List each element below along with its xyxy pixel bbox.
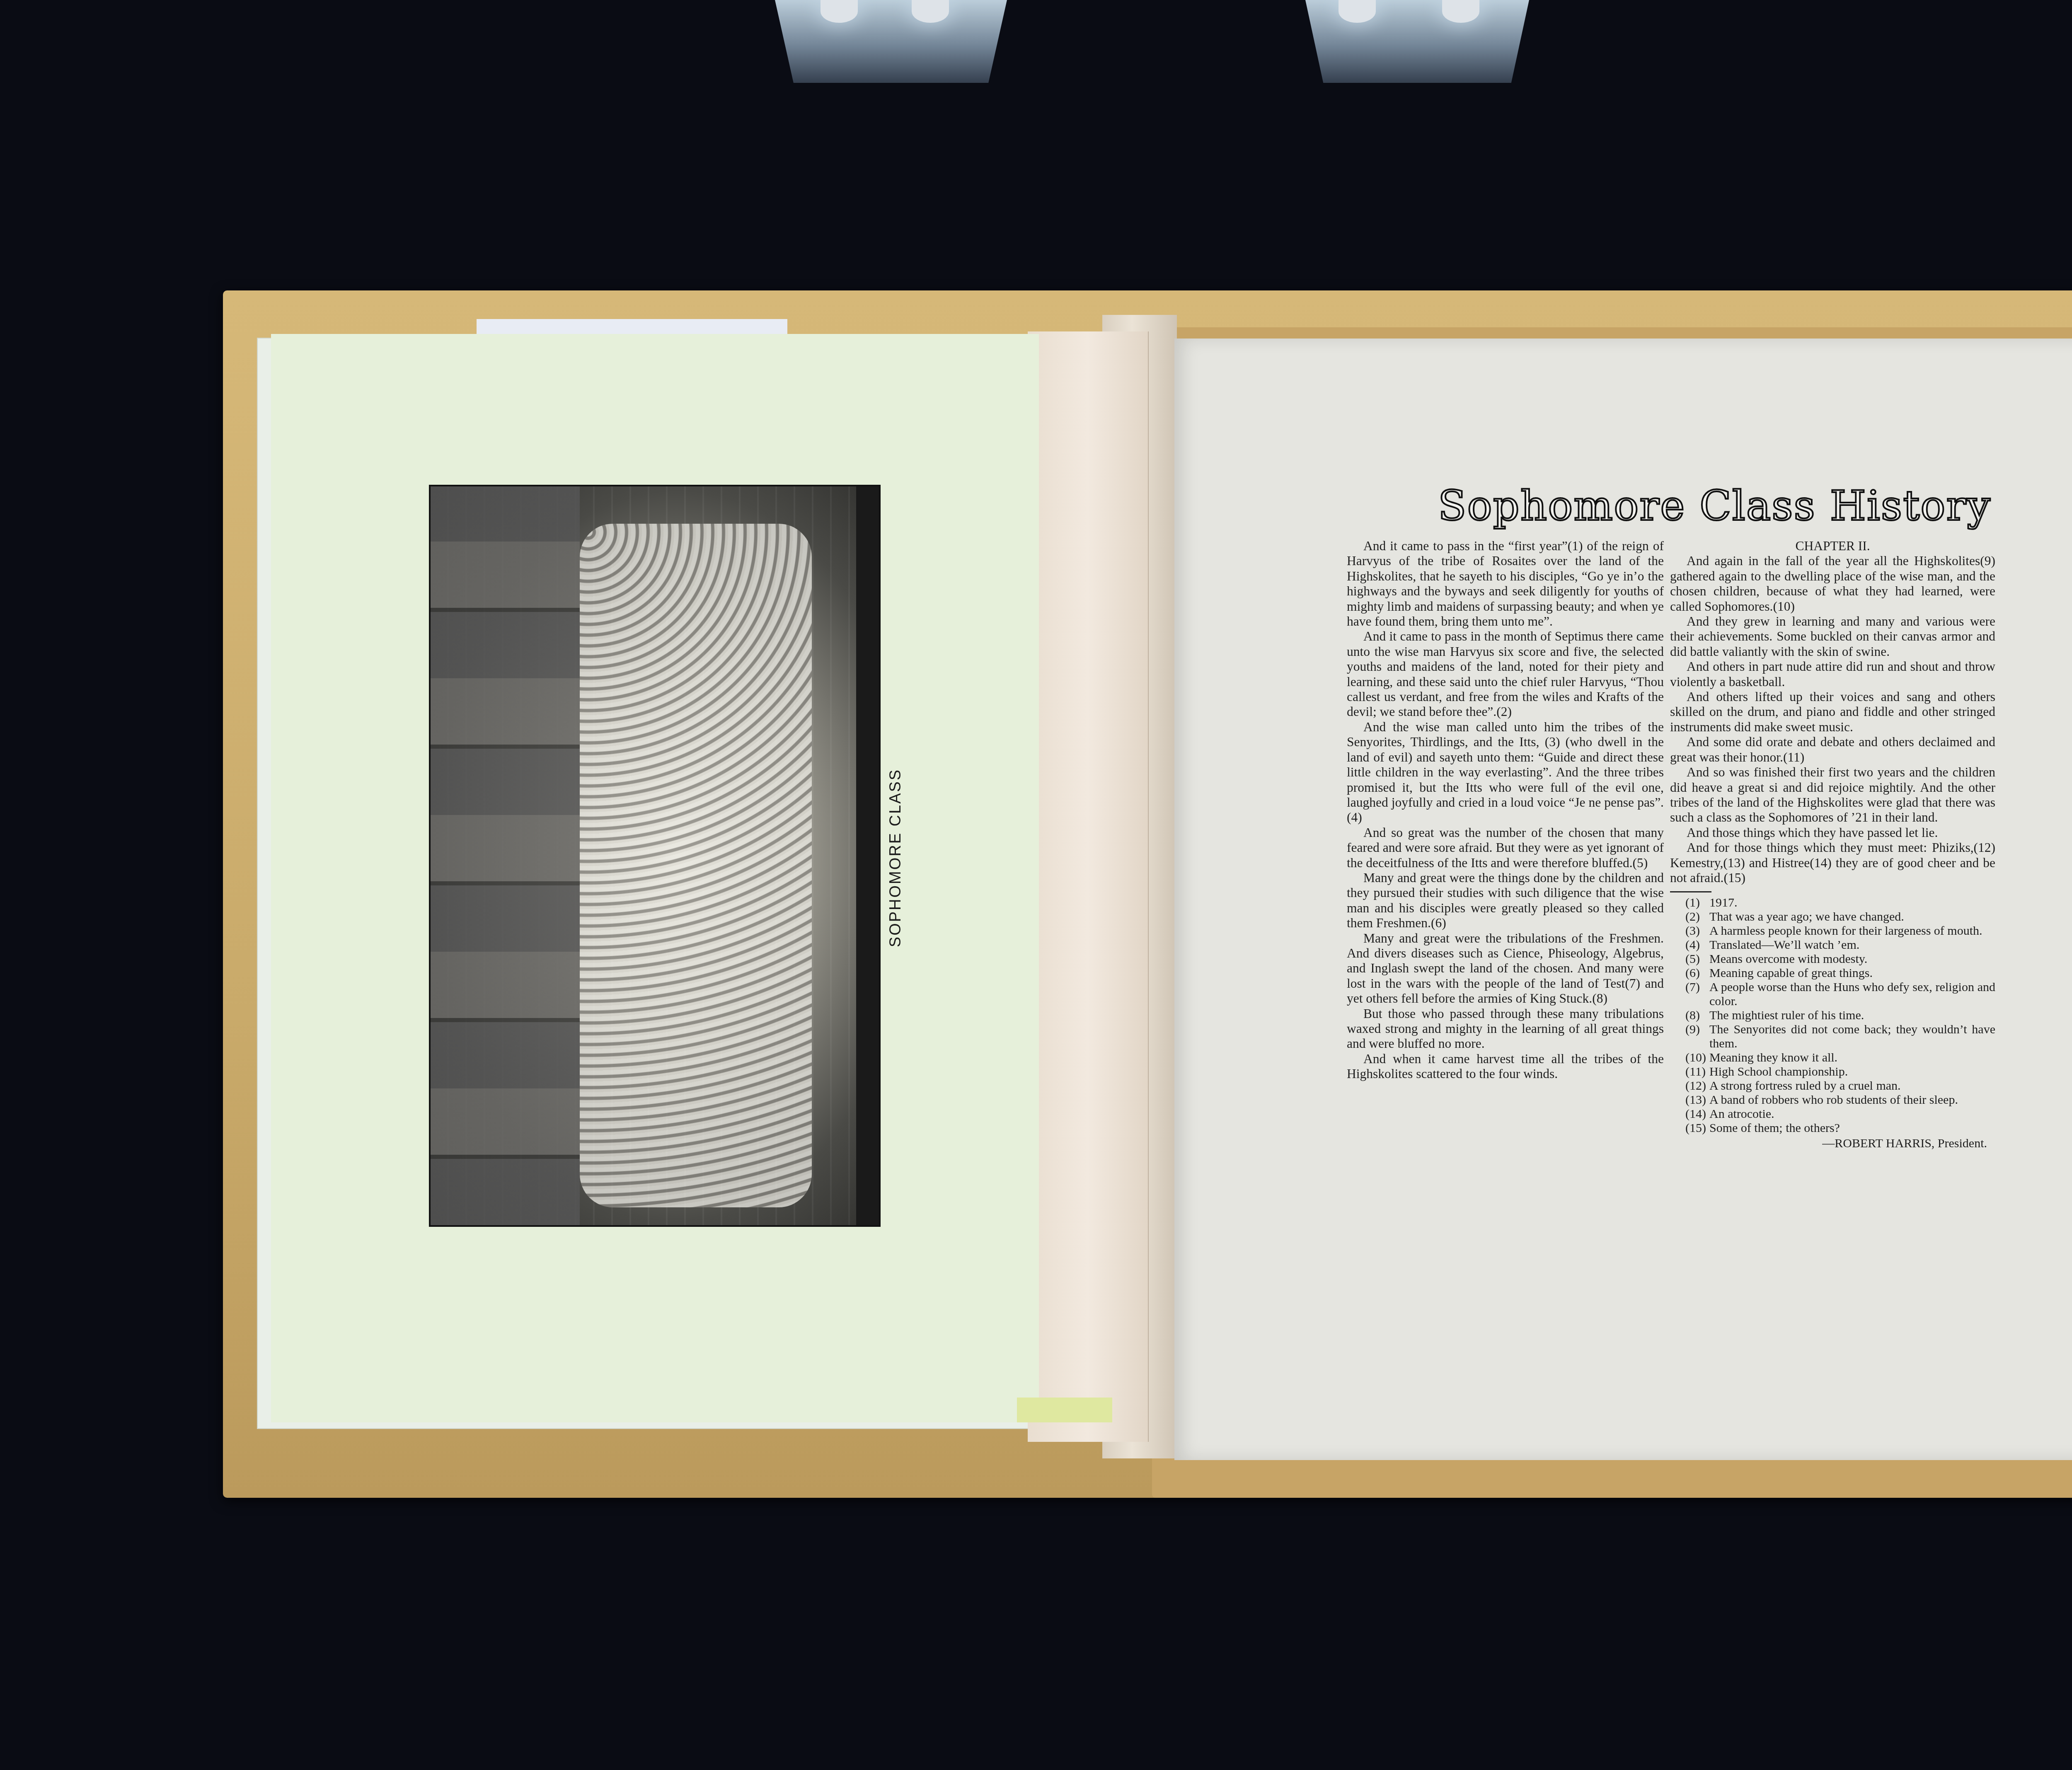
footnote: (2)That was a year ago; we have changed. <box>1670 910 1995 924</box>
text-column-left: And it came to pass in the “first year”(… <box>1347 539 1664 1082</box>
paragraph: And others in part nude attire did run a… <box>1670 659 1995 689</box>
paragraph: And it came to pass in the “first year”(… <box>1347 539 1664 629</box>
chapter-heading: CHAPTER II. <box>1670 539 1995 554</box>
paragraph: And the wise man called unto him the tri… <box>1347 720 1664 825</box>
text-column-right: CHAPTER II. And again in the fall of the… <box>1670 539 1995 1151</box>
light-bulb-icon <box>1339 0 1376 23</box>
paragraph: And some did orate and debate and others… <box>1670 735 1995 765</box>
paragraph: And for those things which they must mee… <box>1670 840 1995 885</box>
light-bulb-icon <box>912 0 949 23</box>
paragraph: But those who passed through these many … <box>1347 1006 1664 1052</box>
overhead-light-right <box>1305 0 1529 83</box>
photo-border-bar <box>856 486 879 1225</box>
light-bulb-icon <box>821 0 858 23</box>
paragraph: And so great was the number of the chose… <box>1347 825 1664 870</box>
paragraph: Many and great were the things done by t… <box>1347 870 1664 931</box>
footnote: (15)Some of them; the others? <box>1670 1121 1995 1135</box>
paragraph: And those things which they have passed … <box>1670 825 1995 840</box>
paragraph: And they grew in learning and many and v… <box>1670 614 1995 659</box>
footnote: (9)The Senyorites did not come back; the… <box>1670 1023 1995 1051</box>
paragraph: And again in the fall of the year all th… <box>1670 554 1995 614</box>
footnote: (1)1917. <box>1670 896 1995 910</box>
footnote: (13)A band of robbers who rob students o… <box>1670 1093 1995 1107</box>
footnotes: (1)1917. (2)That was a year ago; we have… <box>1670 896 1995 1135</box>
footnote: (7)A people worse than the Huns who defy… <box>1670 980 1995 1008</box>
photo-caption: SOPHOMORE CLASS <box>887 752 912 963</box>
students-group <box>580 524 812 1207</box>
paragraph: And so was finished their first two year… <box>1670 765 1995 825</box>
footnote: (10)Meaning they know it all. <box>1670 1051 1995 1065</box>
class-photo <box>429 485 881 1227</box>
footnote: (3)A harmless people known for their lar… <box>1670 924 1995 938</box>
footnote-divider <box>1670 891 1711 892</box>
footnote: (11)High School championship. <box>1670 1065 1995 1079</box>
paragraph: And when it came harvest time all the tr… <box>1347 1052 1664 1082</box>
footnote: (5)Means overcome with modesty. <box>1670 952 1995 966</box>
footnote: (6)Meaning capable of great things. <box>1670 966 1995 980</box>
page-title: Sophomore Class History <box>1438 481 1935 530</box>
paragraph: Many and great were the tribulations of … <box>1347 931 1664 1006</box>
flyleaf <box>1028 331 1149 1442</box>
paragraph: And it came to pass in the month of Sept… <box>1347 629 1664 719</box>
light-bulb-icon <box>1442 0 1479 23</box>
signature: —ROBERT HARRIS, President. <box>1670 1136 1995 1151</box>
footnote: (4)Translated—We’ll watch ’em. <box>1670 938 1995 952</box>
footnote: (12)A strong fortress ruled by a cruel m… <box>1670 1079 1995 1093</box>
page-edge-strip <box>1017 1398 1112 1422</box>
building-background <box>431 486 580 1225</box>
footnote: (14)An atrocotie. <box>1670 1107 1995 1121</box>
footnote: (8)The mightiest ruler of his time. <box>1670 1008 1995 1023</box>
overhead-light-left <box>775 0 1007 83</box>
paragraph: And others lifted up their voices and sa… <box>1670 689 1995 735</box>
